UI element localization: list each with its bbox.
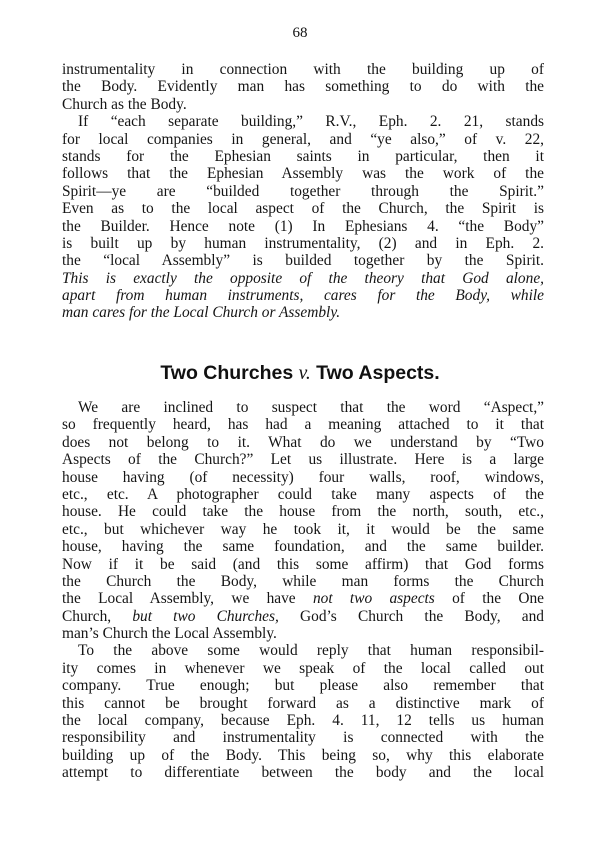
- text-line: responsibility and instrumentality is co…: [62, 729, 544, 746]
- text-line: This is exactly the opposite of the theo…: [62, 270, 544, 287]
- text-segment: of the One: [435, 590, 544, 607]
- text-line: We are inclined to suspect that the word…: [62, 399, 544, 416]
- text-line: etc., but whichever way he took it, it w…: [62, 521, 544, 538]
- text-line: the Church the Body, while man forms the…: [62, 573, 544, 590]
- text-line: Even as to the local aspect of the Churc…: [62, 200, 544, 217]
- text-line: etc., etc. A photographer could take man…: [62, 486, 544, 503]
- text-line: instrumentality in connection with the b…: [62, 61, 544, 78]
- text-line: man cares for the Local Church or Assemb…: [62, 304, 544, 321]
- text-line: follows that the Ephesian Assembly was t…: [62, 165, 544, 182]
- paragraph-block-2: We are inclined to suspect that the word…: [62, 399, 544, 782]
- text-line: house, having the same foundation, and t…: [62, 538, 544, 555]
- text-line: Church as the Body.: [62, 96, 544, 113]
- emphasis-text: but two Churches,: [132, 608, 279, 625]
- document-page: ​ 68 instrumentality in connection with …: [0, 0, 600, 846]
- section-heading: Two Churches v. Two Aspects.: [0, 362, 600, 385]
- text-line: so frequently heard, has had a meaning a…: [62, 416, 544, 433]
- text-line: Now if it be said (and this some affirm)…: [62, 556, 544, 573]
- text-line: house. He could take the house from the …: [62, 503, 544, 520]
- heading-versus: v.: [299, 363, 311, 384]
- text-line: the local company, because Eph. 4. 11, 1…: [62, 712, 544, 729]
- text-line: for local companies in general, and “ye …: [62, 131, 544, 148]
- paragraph-block-1: instrumentality in connection with the b…: [62, 61, 544, 322]
- text-line: Church, but two Churches, God’s Church t…: [62, 608, 544, 625]
- text-line: If “each separate building,” R.V., Eph. …: [62, 113, 544, 130]
- text-line: this cannot be brought forward as a dist…: [62, 695, 544, 712]
- text-line: man’s Church the Local Assembly.: [62, 625, 544, 642]
- text-line: Aspects of the Church?” Let us illustrat…: [62, 451, 544, 468]
- heading-part-2: Two Aspects.: [311, 362, 440, 384]
- page-number: 68: [0, 25, 600, 42]
- text-line: building up of the Body. This being so, …: [62, 747, 544, 764]
- text-line: the Body. Evidently man has something to…: [62, 78, 544, 95]
- text-line: the “local Assembly” is builded together…: [62, 252, 544, 269]
- text-line: the Local Assembly, we have not two aspe…: [62, 590, 544, 607]
- text-line: company. True enough; but please also re…: [62, 677, 544, 694]
- text-line: stands for the Ephesian saints in partic…: [62, 148, 544, 165]
- text-line: attempt to differentiate between the bod…: [62, 764, 544, 781]
- text-segment: the Local Assembly, we have: [62, 590, 313, 607]
- heading-part-1: Two Churches: [160, 362, 298, 384]
- text-line: is built up by human instrumentality, (2…: [62, 235, 544, 252]
- text-line: apart from human instruments, cares for …: [62, 287, 544, 304]
- text-line: house having (of necessity) four walls, …: [62, 469, 544, 486]
- text-segment: Church,: [62, 608, 132, 625]
- text-line: ity comes in whenever we speak of the lo…: [62, 660, 544, 677]
- text-line: Spirit—ye are “builded together through …: [62, 183, 544, 200]
- text-line: the Builder. Hence note (1) In Ephesians…: [62, 218, 544, 235]
- text-segment: God’s Church the Body, and: [279, 608, 544, 625]
- emphasis-text: not two aspects: [313, 590, 435, 607]
- text-line: does not belong to it. What do we unders…: [62, 434, 544, 451]
- text-line: To the above some would reply that human…: [62, 642, 544, 659]
